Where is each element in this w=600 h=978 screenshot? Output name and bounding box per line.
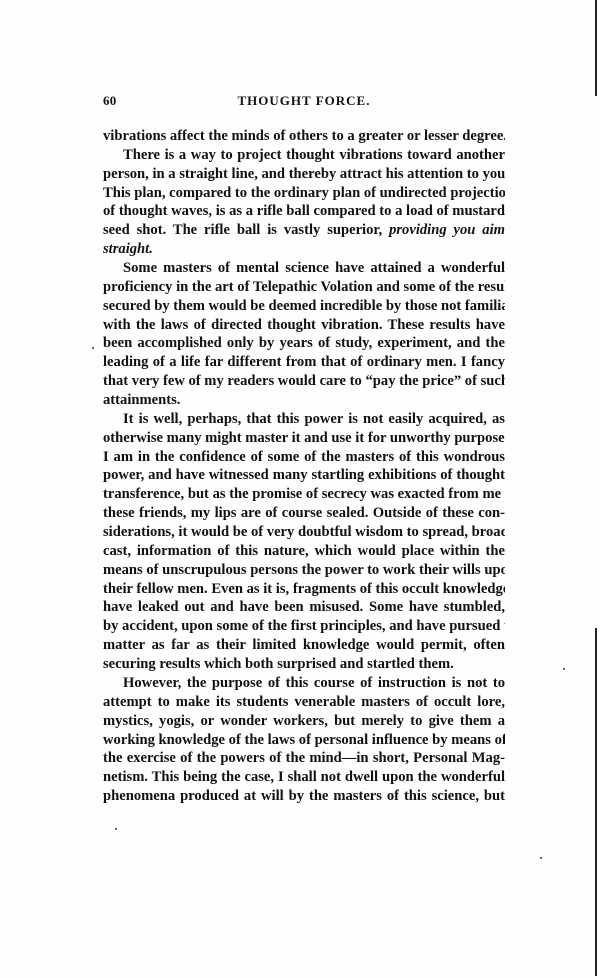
text-line: power, and have witnessed many startling… — [103, 466, 505, 485]
italic-emphasis: straight. — [103, 241, 153, 257]
text-line: leading of a life far different from tha… — [103, 353, 505, 372]
scan-speck — [92, 347, 94, 349]
text-line: straight. — [103, 240, 505, 259]
text-line: proficiency in the art of Telepathic Vol… — [103, 278, 505, 297]
text-line: matter as far as their limited knowledge… — [103, 636, 505, 655]
italic-emphasis: providing you aim — [389, 222, 505, 238]
text-line: cast, information of this nature, which … — [103, 542, 505, 561]
text-line: netism. This being the case, I shall not… — [103, 768, 505, 787]
book-title: THOUGHT FORCE. — [103, 93, 505, 109]
text-line: the exercise of the powers of the mind—i… — [103, 749, 505, 768]
text-line: person, in a straight line, and thereby … — [103, 165, 505, 184]
text-line: attempt to make its students venerable m… — [103, 693, 505, 712]
text-line: with the laws of directed thought vibrat… — [103, 316, 505, 335]
text-line: This plan, compared to the ordinary plan… — [103, 184, 505, 203]
text-line: transference, but as the promise of secr… — [103, 485, 505, 504]
text-line: of thought waves, is as a rifle ball com… — [103, 202, 505, 221]
scan-speck — [115, 828, 117, 830]
scan-edge-line — [595, 628, 597, 976]
scan-speck — [540, 857, 542, 859]
book-page: 60 THOUGHT FORCE. vibrations affect the … — [0, 0, 600, 978]
text-line: I am in the confidence of some of the ma… — [103, 448, 505, 467]
scan-speck — [563, 668, 565, 670]
text-line: have leaked out and have been misused. S… — [103, 598, 505, 617]
text-line: There is a way to project thought vibrat… — [103, 146, 505, 165]
running-head: 60 THOUGHT FORCE. — [103, 93, 505, 113]
text-line: Some masters of mental science have atta… — [103, 259, 505, 278]
text-line: that very few of my readers would care t… — [103, 372, 505, 391]
text-line: secured by them would be deemed incredib… — [103, 297, 505, 316]
text-line: siderations, it would be of very doubtfu… — [103, 523, 505, 542]
text-line: means of unscrupulous persons the power … — [103, 561, 505, 580]
body-text: vibrations affect the minds of others to… — [103, 127, 505, 806]
text-line: working knowledge of the laws of persona… — [103, 731, 505, 750]
text-segment: seed shot. The rifle ball is vastly supe… — [103, 222, 382, 238]
scan-edge-line — [595, 0, 597, 96]
text-line: their fellow men. Even as it is, fragmen… — [103, 580, 505, 599]
text-line: been accomplished only by years of study… — [103, 334, 505, 353]
text-line: vibrations affect the minds of others to… — [103, 127, 505, 146]
text-line: otherwise many might master it and use i… — [103, 429, 505, 448]
text-line: phenomena produced at will by the master… — [103, 787, 505, 806]
text-line: It is well, perhaps, that this power is … — [103, 410, 505, 429]
text-line: these friends, my lips are of course sea… — [103, 504, 505, 523]
text-line: seed shot. The rifle ball is vastly supe… — [103, 221, 505, 240]
text-line: by accident, upon some of the first prin… — [103, 617, 505, 636]
text-line: securing results which both surprised an… — [103, 655, 505, 674]
text-line: mystics, yogis, or wonder workers, but m… — [103, 712, 505, 731]
text-line: attainments. — [103, 391, 505, 410]
text-line: However, the purpose of this course of i… — [103, 674, 505, 693]
